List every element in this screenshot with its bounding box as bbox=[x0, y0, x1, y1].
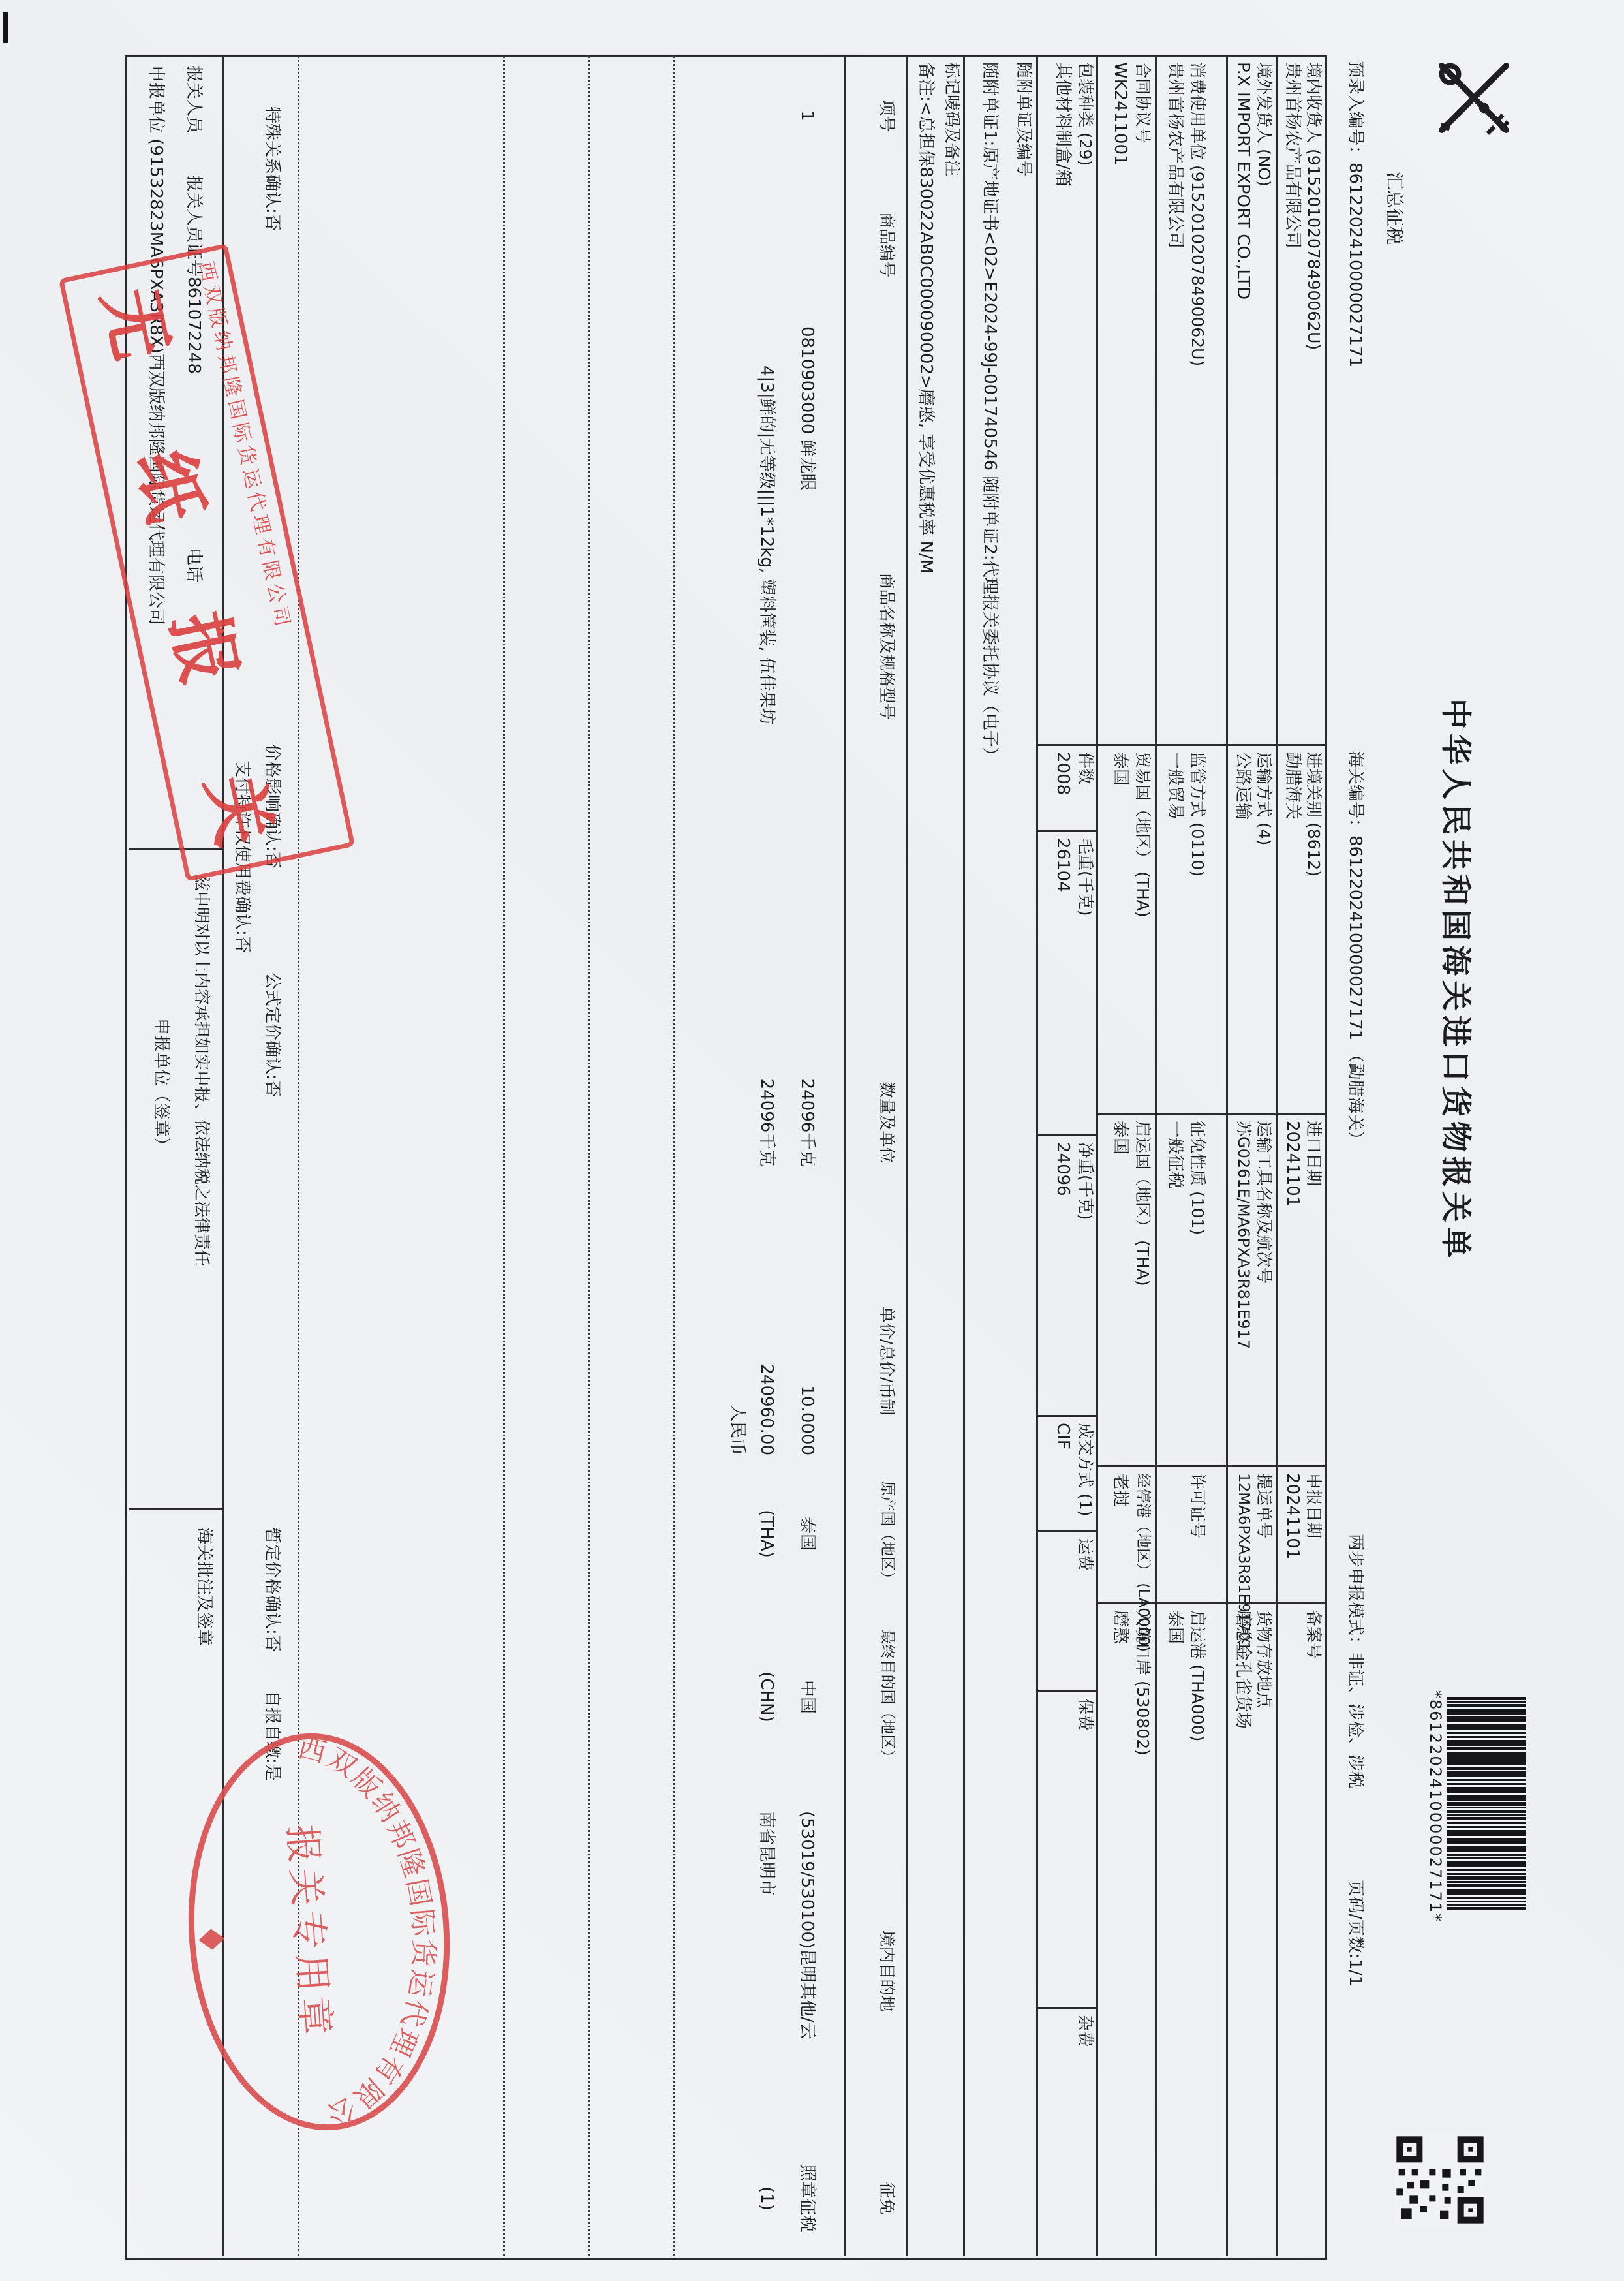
field-documents-label: 随附单证及编号 bbox=[1014, 62, 1033, 176]
pre-entry-number: 预录入编号：8612202410000027171 bbox=[1345, 61, 1364, 367]
barcode bbox=[1447, 1697, 1526, 1912]
item-origin: 泰国 bbox=[797, 1462, 816, 1606]
page-number: 页码/页数:1/1 bbox=[1345, 1880, 1364, 1986]
field-supervision-mode-label: 监管方式 (0110) bbox=[1187, 752, 1206, 877]
field-marks-value: 备注:<总担保830022AB0C000090002>磨憨, 享受优惠税率 N/… bbox=[915, 62, 935, 574]
item-dest-country-code: (CHN) bbox=[756, 1592, 776, 1801]
field-storage-place-value: 磨憨金孔雀货场 bbox=[1233, 1610, 1252, 1729]
field-record-no-label: 备案号 bbox=[1304, 1610, 1323, 1659]
item-origin-code: (THA) bbox=[756, 1462, 776, 1606]
field-transport-mode-label: 运输方式 (4) bbox=[1254, 752, 1273, 845]
field-bill-no-label: 提运单号 bbox=[1254, 1473, 1273, 1538]
qr-code-icon bbox=[1394, 2134, 1486, 2226]
field-overseas-shipper-label: 境外发货人 (NO) bbox=[1254, 62, 1273, 187]
field-declare-date-label: 申报日期 bbox=[1304, 1473, 1323, 1538]
field-consumer-unit-label: 消费使用单位 (91520102078490062U) bbox=[1187, 62, 1206, 366]
field-freight-label: 运费 bbox=[1075, 1538, 1094, 1571]
col-domestic-destination: 境内目的地 bbox=[877, 1801, 896, 2141]
field-trade-country-label: 贸易国（地区） (THA) bbox=[1133, 752, 1152, 918]
item-spec: 4|3|鲜的|无等级|||1*12kg, 塑料筐装, 伍佳果坊 bbox=[756, 365, 776, 725]
field-entry-customs-label: 进境关别 (8612) bbox=[1304, 752, 1323, 877]
field-license-no-label: 许可证号 bbox=[1187, 1473, 1206, 1538]
item-duty-code: (1) bbox=[756, 2141, 776, 2256]
field-departure-port-value: 泰国 bbox=[1165, 1610, 1184, 1644]
stamp-char: 报 bbox=[153, 602, 266, 692]
field-overseas-shipper-value: P.X IMPORT EXPORT CO.,LTD bbox=[1233, 62, 1252, 300]
declare-unit-sign-label: 申报单位（签章） bbox=[151, 1018, 170, 1154]
col-origin-country: 原产国（地区） bbox=[879, 1462, 896, 1606]
field-vehicle-value: 苏G0261E/MA6PXA3R81E917 bbox=[1234, 1121, 1252, 1349]
item-currency: 人民币 bbox=[727, 1240, 746, 1455]
field-misc-fee-label: 杂费 bbox=[1075, 2015, 1094, 2047]
broker-oval-stamp: 西双版纳邦隆国际货运代理有限公司 报关专用章 bbox=[168, 1714, 470, 2150]
item-qty-line1: 24096千克 bbox=[797, 979, 816, 1266]
item-duty-mode: 照章征税 bbox=[797, 2141, 816, 2256]
field-departure-port-label: 启运港 (THA000) bbox=[1187, 1610, 1206, 1741]
form-title: 中华人民共和国海关进口货物报关单 bbox=[1437, 698, 1473, 1262]
col-price-total-currency: 单价/总价/币制 bbox=[877, 1240, 896, 1482]
field-gross-weight-value: 26104 bbox=[1052, 838, 1072, 892]
field-departure-country-label: 启运国（地区） (THA) bbox=[1133, 1121, 1152, 1286]
col-commodity-name: 商品名称及规格型号 bbox=[877, 313, 896, 979]
field-gross-weight-label: 毛重(千克) bbox=[1075, 838, 1094, 916]
two-step-mode: 两步申报模式：非证、涉检、涉税 bbox=[1345, 1534, 1364, 1788]
item-domestic-dest-line2: 南省昆明市 bbox=[756, 1811, 776, 1896]
field-entry-port-value: 磨憨 bbox=[1110, 1610, 1129, 1644]
scan-artifact bbox=[3, 12, 8, 43]
barcode-text: *8612202410000027171* bbox=[1426, 1690, 1444, 1919]
declaration-document: 中华人民共和国海关进口货物报关单 汇总征税 预录入编号：861220241000… bbox=[0, 0, 1624, 2281]
col-duty-exemption: 征免 bbox=[877, 2141, 896, 2256]
field-import-date-label: 进口日期 bbox=[1304, 1121, 1323, 1186]
field-levy-nature-value: 一般征税 bbox=[1165, 1121, 1184, 1188]
item-total-price: 240960.00 bbox=[756, 1240, 776, 1455]
summary-tax-mark: 汇总征税 bbox=[1384, 172, 1405, 245]
field-contract-no-value: WK2411001 bbox=[1110, 62, 1129, 166]
field-levy-nature-label: 征免性质 (101) bbox=[1187, 1121, 1206, 1235]
confirm-special-relation: 特殊关系确认:否 bbox=[262, 106, 281, 231]
item-domestic-dest-line1: (53019/530100)昆明其他/云 bbox=[797, 1811, 816, 2040]
declaration-statement: 兹申明对以上内容承担如实申报、依法纳税之法律责任 bbox=[192, 875, 211, 1266]
field-net-weight-value: 24096 bbox=[1052, 1142, 1072, 1196]
col-commodity-code: 商品编号 bbox=[877, 176, 896, 313]
confirm-formula-pricing: 公式定价确认:否 bbox=[262, 972, 281, 1097]
field-consumer-unit-value: 贵州首杨农产品有限公司 bbox=[1165, 62, 1184, 249]
field-package-type-value: 其他材料制盒/箱 bbox=[1052, 62, 1072, 187]
item-unit-price: 10.0000 bbox=[797, 1240, 816, 1455]
field-trade-terms-value: CIF bbox=[1052, 1423, 1072, 1450]
customs-number: 海关编号：8612202410000027171 （勐腊海关） bbox=[1345, 751, 1364, 1148]
field-contract-no-label: 合同协议号 bbox=[1133, 62, 1152, 144]
stamp-char: 关 bbox=[187, 764, 301, 854]
field-entry-customs-value: 勐腊海关 bbox=[1282, 752, 1302, 820]
confirm-provisional-price: 暂定价格确认:否 bbox=[262, 1527, 281, 1652]
customs-number-value: 海关编号：8612202410000027171 bbox=[1345, 751, 1365, 1040]
customs-office: （勐腊海关） bbox=[1345, 1046, 1365, 1148]
item-code-name: 0810903000 鲜龙眼 bbox=[797, 326, 816, 491]
field-transport-mode-value: 公路运输 bbox=[1233, 752, 1252, 820]
field-consignee-value: 贵州首杨农产品有限公司 bbox=[1282, 62, 1302, 249]
field-trade-terms-label: 成交方式 (1) bbox=[1075, 1423, 1094, 1516]
item-no: 1 bbox=[797, 55, 816, 176]
field-trade-country-value: 泰国 bbox=[1110, 752, 1129, 786]
scanned-page: 中华人民共和国海关进口货物报关单 汇总征税 预录入编号：861220241000… bbox=[0, 0, 1624, 2281]
field-import-date-value: 20241101 bbox=[1282, 1121, 1302, 1207]
field-departure-country-value: 泰国 bbox=[1110, 1121, 1129, 1155]
item-dest-country: 中国 bbox=[797, 1592, 816, 1801]
field-documents-value: 随附单证1:原产地证书<02>E2024-99J-001740546 随附单证2… bbox=[979, 62, 999, 764]
field-pieces-label: 件数 bbox=[1075, 752, 1094, 784]
stamp-char: 纸 bbox=[119, 440, 232, 530]
field-declare-date-value: 20241101 bbox=[1282, 1473, 1302, 1559]
field-entry-port-label: 入境口岸 (530802) bbox=[1133, 1610, 1152, 1756]
col-final-dest-country: 最终目的国（地区） bbox=[879, 1592, 896, 1801]
field-package-type-label: 包装种类 (29) bbox=[1075, 62, 1094, 166]
field-storage-place-label: 货物存放地点 bbox=[1254, 1610, 1273, 1708]
field-vehicle-label: 运输工具名称及航次号 bbox=[1254, 1121, 1273, 1284]
field-net-weight-label: 净重(千克) bbox=[1075, 1142, 1094, 1220]
col-quantity-unit: 数量及单位 bbox=[877, 979, 896, 1266]
agent-label: 报关人员 bbox=[183, 65, 203, 133]
col-item-no: 项号 bbox=[877, 55, 896, 176]
field-insurance-label: 保费 bbox=[1075, 1698, 1094, 1731]
field-marks-label: 标记唛码及备注 bbox=[942, 62, 961, 176]
field-pieces-value: 2008 bbox=[1052, 752, 1072, 795]
customs-emblem-icon bbox=[1432, 55, 1516, 140]
oval-stamp-center-text: 报关专用章 bbox=[280, 1823, 339, 2041]
customs-note-label: 海关批注及签章 bbox=[194, 1527, 213, 1646]
field-transit-port-value: 老挝 bbox=[1110, 1473, 1129, 1507]
field-supervision-mode-value: 一般贸易 bbox=[1165, 752, 1184, 820]
item-qty-line2: 24096千克 bbox=[756, 979, 776, 1266]
field-consignee-label: 境内收货人 (91520102078490062U) bbox=[1304, 62, 1323, 350]
stamp-char: 无 bbox=[84, 277, 198, 367]
